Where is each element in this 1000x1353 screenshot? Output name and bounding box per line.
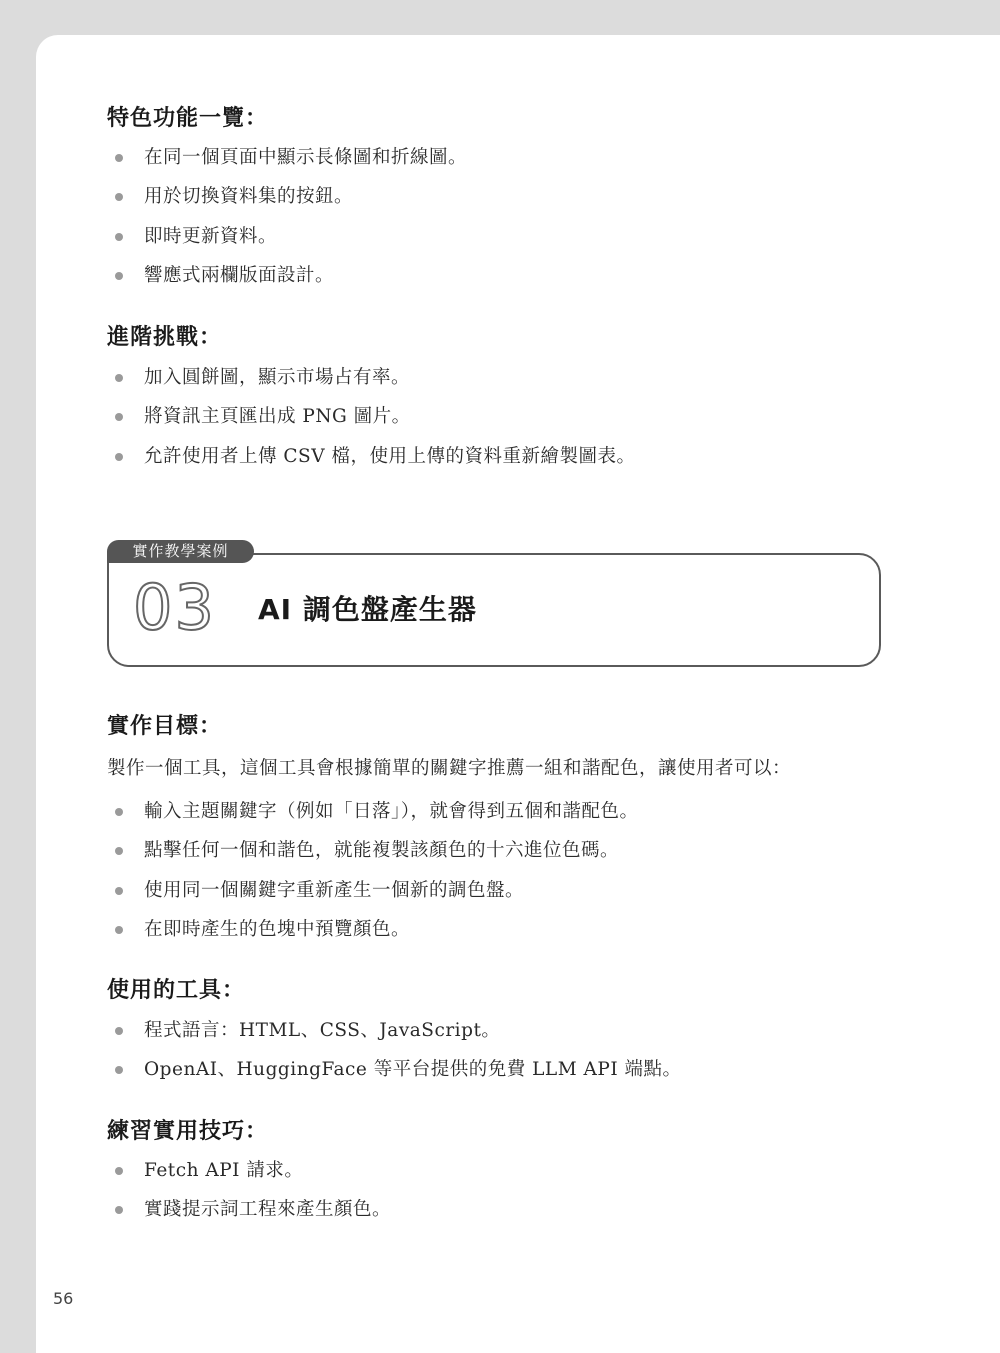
list-item: 實踐提示詞工程來產生顏色。	[107, 1195, 391, 1234]
book-page: 特色功能一覽： 在同一個頁面中顯示長條圖和折線圖。 用於切換資料集的按鈕。 即時…	[36, 35, 1000, 1353]
bullet-icon	[115, 233, 123, 241]
bullet-icon	[115, 154, 123, 162]
list-item: 將資訊主頁匯出成 PNG 圖片。	[107, 402, 635, 441]
skills-list: Fetch API 請求。 實踐提示詞工程來產生顏色。	[107, 1156, 391, 1235]
list-item: 允許使用者上傳 CSV 檔，使用上傳的資料重新繪製圖表。	[107, 442, 635, 481]
bullet-icon	[115, 1066, 123, 1074]
bullet-icon	[115, 887, 123, 895]
case-study-tab-label: 實作教學案例	[107, 540, 254, 563]
bullet-icon	[115, 926, 123, 934]
bullet-icon	[115, 413, 123, 421]
bullet-icon	[115, 453, 123, 461]
bullet-icon	[115, 847, 123, 855]
bullet-icon	[115, 1206, 123, 1214]
list-item: 使用同一個關鍵字重新產生一個新的調色盤。	[107, 876, 639, 915]
tools-heading: 使用的工具：	[107, 973, 245, 1004]
list-item: 輸入主題關鍵字（例如「日落」），就會得到五個和諧配色。	[107, 797, 639, 836]
goals-intro: 製作一個工具，這個工具會根據簡單的關鍵字推薦一組和諧配色，讓使用者可以：	[107, 754, 791, 780]
list-item: 即時更新資料。	[107, 222, 467, 261]
list-item: 在即時產生的色塊中預覽顏色。	[107, 915, 639, 954]
challenges-heading: 進階挑戰：	[107, 320, 222, 351]
page-number: 56	[53, 1289, 73, 1308]
case-study-number: 03	[133, 572, 216, 644]
bullet-icon	[115, 272, 123, 280]
list-item: Fetch API 請求。	[107, 1156, 391, 1195]
features-list: 在同一個頁面中顯示長條圖和折線圖。 用於切換資料集的按鈕。 即時更新資料。 響應…	[107, 143, 467, 300]
case-study-box	[107, 553, 881, 667]
goals-list: 輸入主題關鍵字（例如「日落」），就會得到五個和諧配色。 點擊任何一個和諧色，就能…	[107, 797, 639, 954]
bullet-icon	[115, 808, 123, 816]
list-item: 加入圓餅圖，顯示市場占有率。	[107, 363, 635, 402]
features-heading: 特色功能一覽：	[107, 101, 268, 132]
bullet-icon	[115, 193, 123, 201]
goals-heading: 實作目標：	[107, 709, 222, 740]
list-item: OpenAI、HuggingFace 等平台提供的免費 LLM API 端點。	[107, 1055, 682, 1094]
bullet-icon	[115, 1167, 123, 1175]
skills-heading: 練習實用技巧：	[107, 1114, 268, 1145]
challenges-list: 加入圓餅圖，顯示市場占有率。 將資訊主頁匯出成 PNG 圖片。 允許使用者上傳 …	[107, 363, 635, 481]
list-item: 用於切換資料集的按鈕。	[107, 182, 467, 221]
list-item: 程式語言：HTML、CSS、JavaScript。	[107, 1016, 682, 1055]
list-item: 響應式兩欄版面設計。	[107, 261, 467, 300]
bullet-icon	[115, 1027, 123, 1035]
tools-list: 程式語言：HTML、CSS、JavaScript。 OpenAI、Hugging…	[107, 1016, 682, 1095]
list-item: 在同一個頁面中顯示長條圖和折線圖。	[107, 143, 467, 182]
case-study-title: AI 調色盤產生器	[258, 588, 477, 628]
list-item: 點擊任何一個和諧色，就能複製該顏色的十六進位色碼。	[107, 836, 639, 875]
bullet-icon	[115, 374, 123, 382]
